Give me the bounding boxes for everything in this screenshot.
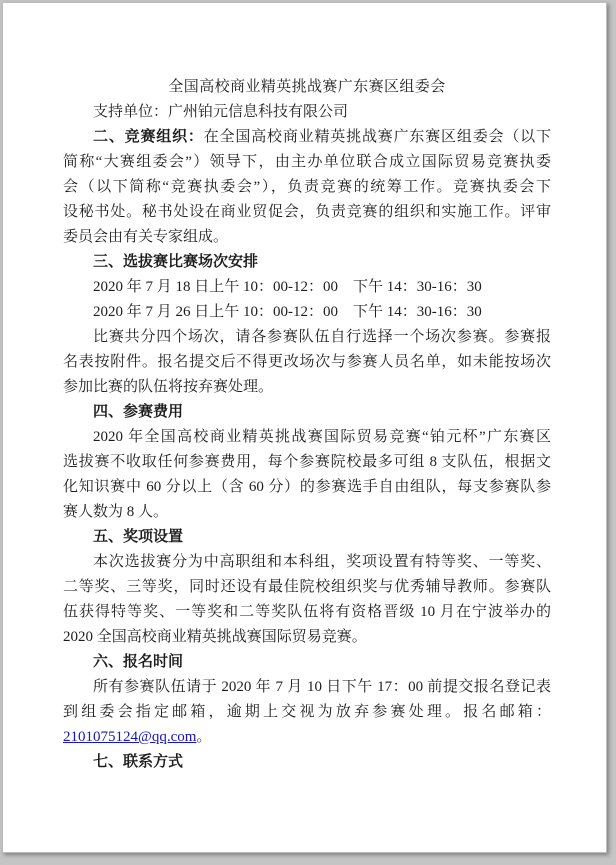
line-text: 赛人数为 8 人。 <box>63 504 168 520</box>
text-line: 选拔赛不收取任何参赛费用，每个参赛院校最多可组 8 支队伍，根据文 <box>63 450 551 475</box>
text-line: 2020 全国高校商业精英挑战赛国际贸易竞赛。 <box>63 625 551 650</box>
line-text: 在全国高校商业精英挑战赛广东赛区组委会（以下 <box>204 129 551 145</box>
line-text: 设秘书处。秘书处设在商业贸促会，负责竞赛的组织和实施工作。评审 <box>63 204 551 220</box>
line-text: 支持单位：广州铂元信息科技有限公司 <box>93 104 348 120</box>
section-heading: 六、报名时间 <box>63 650 551 675</box>
line-text: 到组委会指定邮箱，逾期上交视为放弃参赛处理。报名邮箱： <box>63 704 551 720</box>
email-link[interactable]: 2101075124@qq.com <box>63 729 196 745</box>
line-text: 会（以下简称“竞赛执委会”），负责竞赛的统筹工作。竞赛执委会下 <box>63 179 551 195</box>
line-text: 六、报名时间 <box>93 654 183 670</box>
line-text: 伍获得特等奖、一等奖和二等奖队伍将有资格晋级 10 月在宁波举办的 <box>63 604 551 620</box>
text-line: 化知识赛中 60 分以上（含 60 分）的参赛选手自由组队，每支参赛队参 <box>63 475 551 500</box>
section-heading: 五、奖项设置 <box>63 525 551 550</box>
line-text: 所有参赛队伍请于 2020 年 7 月 10 日下午 17：00 前提交报名登记… <box>93 679 551 695</box>
text-line: 赛人数为 8 人。 <box>63 500 551 525</box>
text-line: 比赛共分四个场次，请各参赛队伍自行选择一个场次参赛。参赛报 <box>63 325 551 350</box>
line-text: 本次选拔赛分为中高职组和本科组，奖项设置有特等奖、一等奖、 <box>93 554 551 570</box>
inline-heading-label: 二、竞赛组织： <box>93 129 204 145</box>
text-line: 2020 年 7 月 26 日上午 10：00-12：00 下午 14：30-1… <box>63 300 551 325</box>
line-text: 二等奖、三等奖，同时还设有最佳院校组织奖与优秀辅导教师。参赛队 <box>63 579 551 595</box>
text-line: 委员会由有关专家组成。 <box>63 225 551 250</box>
line-text: 比赛共分四个场次，请各参赛队伍自行选择一个场次参赛。参赛报 <box>93 329 551 345</box>
line-text: 全国高校商业精英挑战赛广东赛区组委会 <box>168 79 445 95</box>
section-heading: 四、参赛费用 <box>63 400 551 425</box>
text-line: 会（以下简称“竞赛执委会”），负责竞赛的统筹工作。竞赛执委会下 <box>63 175 551 200</box>
text-line: 2020 年 7 月 18 日上午 10：00-12：00 下午 14：30-1… <box>63 275 551 300</box>
line-text: 三、选拔赛比赛场次安排 <box>93 254 258 270</box>
text-line: 二、竞赛组织：在全国高校商业精英挑战赛广东赛区组委会（以下 <box>63 125 551 150</box>
line-text: 化知识赛中 60 分以上（含 60 分）的参赛选手自由组队，每支参赛队参 <box>63 479 551 495</box>
text-line: 所有参赛队伍请于 2020 年 7 月 10 日下午 17：00 前提交报名登记… <box>63 675 551 700</box>
document-title: 全国高校商业精英挑战赛广东赛区组委会 <box>63 75 551 100</box>
line-text: 2020 年 7 月 26 日上午 10：00-12：00 下午 14：30-1… <box>93 304 482 320</box>
line-text: 四、参赛费用 <box>93 404 183 420</box>
text-line: 伍获得特等奖、一等奖和二等奖队伍将有资格晋级 10 月在宁波举办的 <box>63 600 551 625</box>
text-line: 2020 年全国高校商业精英挑战赛国际贸易竞赛“铂元杯”广东赛区 <box>63 425 551 450</box>
text-line: 简称“大赛组委会”）领导下，由主办单位联合成立国际贸易竞赛执委 <box>63 150 551 175</box>
line-text: 简称“大赛组委会”）领导下，由主办单位联合成立国际贸易竞赛执委 <box>63 154 551 170</box>
document-body: 全国高校商业精英挑战赛广东赛区组委会支持单位：广州铂元信息科技有限公司二、竞赛组… <box>3 3 606 775</box>
line-text: 2020 年全国高校商业精英挑战赛国际贸易竞赛“铂元杯”广东赛区 <box>93 429 551 445</box>
text-line: 到组委会指定邮箱，逾期上交视为放弃参赛处理。报名邮箱： <box>63 700 551 725</box>
line-text: 。 <box>196 729 211 745</box>
text-line: 二等奖、三等奖，同时还设有最佳院校组织奖与优秀辅导教师。参赛队 <box>63 575 551 600</box>
line-text: 2020 全国高校商业精英挑战赛国际贸易竞赛。 <box>63 629 367 645</box>
line-text: 名表按附件。报名提交后不得更改场次与参赛人员名单，如未能按场次 <box>63 354 551 370</box>
text-line: 本次选拔赛分为中高职组和本科组，奖项设置有特等奖、一等奖、 <box>63 550 551 575</box>
line-text: 参加比赛的队伍将按弃赛处理。 <box>63 379 273 395</box>
text-line: 支持单位：广州铂元信息科技有限公司 <box>63 100 551 125</box>
document-page: 全国高校商业精英挑战赛广东赛区组委会支持单位：广州铂元信息科技有限公司二、竞赛组… <box>2 2 607 853</box>
line-text: 委员会由有关专家组成。 <box>63 229 228 245</box>
text-line: 2101075124@qq.com。 <box>63 725 551 750</box>
text-line: 参加比赛的队伍将按弃赛处理。 <box>63 375 551 400</box>
line-text: 五、奖项设置 <box>93 529 183 545</box>
line-text: 2020 年 7 月 18 日上午 10：00-12：00 下午 14：30-1… <box>93 279 482 295</box>
line-text: 选拔赛不收取任何参赛费用，每个参赛院校最多可组 8 支队伍，根据文 <box>63 454 551 470</box>
section-heading: 三、选拔赛比赛场次安排 <box>63 250 551 275</box>
section-heading: 七、联系方式 <box>63 750 551 775</box>
line-text: 七、联系方式 <box>93 754 183 770</box>
text-line: 设秘书处。秘书处设在商业贸促会，负责竞赛的组织和实施工作。评审 <box>63 200 551 225</box>
text-line: 名表按附件。报名提交后不得更改场次与参赛人员名单，如未能按场次 <box>63 350 551 375</box>
